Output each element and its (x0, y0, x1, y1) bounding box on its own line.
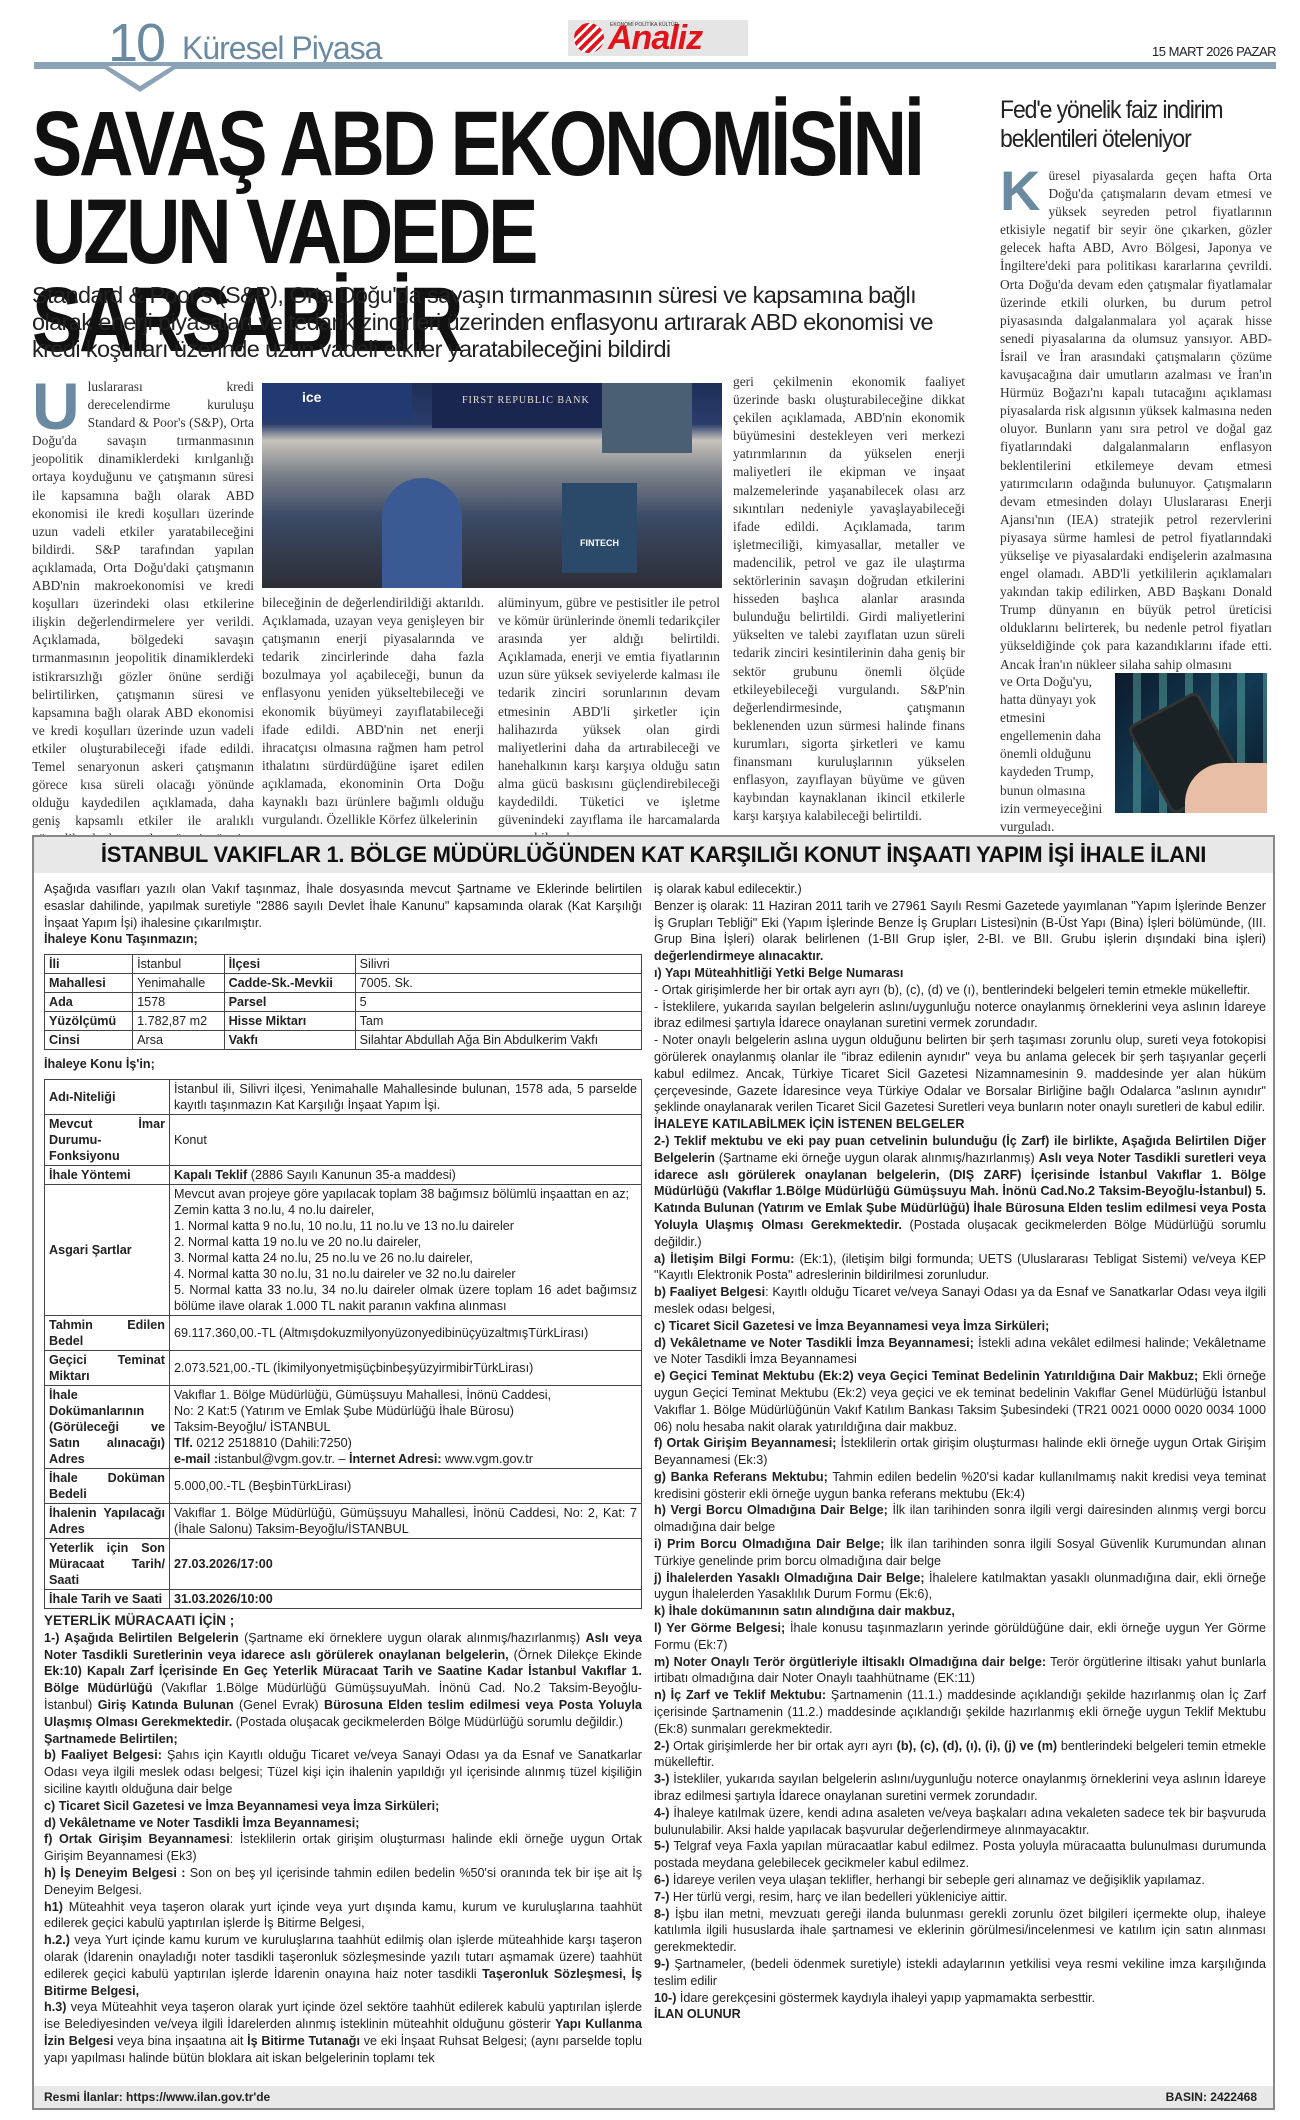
table-row: Geçici Teminat Miktarı2.073.521,00.-TL (… (45, 1350, 642, 1385)
table-row: İliİstanbulİlçesiSilivri (45, 955, 642, 974)
table-value: 7005. Sk. (355, 974, 641, 993)
dropcap: U (32, 380, 80, 432)
table-value: Vakıflar 1. Bölge Müdürlüğü, Gümüşsuyu M… (170, 1503, 642, 1538)
ad-paragraph: l) Yer Görme Belgesi; İhale konusu taşın… (654, 1620, 1266, 1654)
table-row: İhale YöntemiKapalı Teklif (2886 Sayılı … (45, 1165, 642, 1184)
article-column-2: bileceğinin de değerlendirildiği aktarıl… (262, 594, 484, 829)
ad-paragraph: 5-) Telgraf veya Faxla yapılan müracaatl… (654, 1838, 1266, 1872)
property-heading: İhaleye Konu Taşınmazın; (44, 931, 642, 948)
press-code: BASIN: 2422468 (642, 2086, 1273, 2108)
table-label: Hisse Miktarı (224, 1012, 355, 1031)
ad-paragraph: d) Vekâletname ve Noter Tasdikli İmza Be… (44, 1815, 642, 1832)
table-value: Tam (355, 1012, 641, 1031)
ad-paragraph: f) Ortak Girişim Beyannamesi; İstekliler… (654, 1435, 1266, 1469)
table-row: Adı-Niteliğiİstanbul ili, Silivri ilçesi… (45, 1079, 642, 1114)
table-value: 2.073.521,00.-TL (İkimilyonyetmişüçbinbe… (170, 1350, 642, 1385)
table-label: Yeterlik için Son Müracaat Tarih/ Saati (45, 1538, 170, 1589)
table-label: Adı-Niteliği (45, 1079, 170, 1114)
tender-announcement: İSTANBUL VAKIFLAR 1. BÖLGE MÜDÜRLÜĞÜNDEN… (32, 835, 1275, 2110)
property-table: İliİstanbulİlçesiSilivriMahallesiYenimah… (44, 954, 642, 1050)
table-label: Ada (45, 993, 133, 1012)
ad-paragraph: h) İş Deneyim Belgesi : Son on beş yıl i… (44, 1865, 642, 1899)
article-column-3: alüminyum, gübre ve pestisitler ile petr… (498, 594, 720, 847)
article-deck: Standard & Poor's (S&P), Orta Doğu'da sa… (32, 282, 972, 363)
table-label: İhale Tarih ve Saati (45, 1589, 170, 1608)
table-value: Vakıflar 1. Bölge Müdürlüğü, Gümüşsuyu M… (170, 1385, 642, 1468)
ad-right-paragraphs: iş olarak kabul edilecektir.)Benzer iş o… (654, 881, 1266, 2023)
ad-paragraph: 8-) İşbu ilan metni, mevzuatı gereği ila… (654, 1906, 1266, 1956)
side-article-tail: ve Orta Doğu'yu, hatta dünyayı yok etmes… (1000, 673, 1108, 836)
table-label: İhale Dokümanlarının (Görüleceği ve Satı… (45, 1385, 170, 1468)
logo-tagline: EKONOMİ POLİTİKA KÜLTÜR (610, 22, 678, 28)
ad-paragraph: b) Faaliyet Belgesi: Şahıs için Kayıtlı … (44, 1747, 642, 1797)
smartphone-chart-photo (1115, 673, 1267, 813)
ad-paragraph: 7-) Her türlü vergi, resim, harç ve ilan… (654, 1889, 1266, 1906)
article-column-1: Uluslararası kredi derecelendirme kurulu… (32, 378, 254, 867)
table-value: 69.117.360,00.-TL (Altmışdokuzmilyonyüzo… (170, 1315, 642, 1350)
ad-paragraph: - Ortak girişimlerde her bir ortak ayrı … (654, 982, 1266, 999)
official-ads-link[interactable]: Resmi İlanlar: https://www.ilan.gov.tr'd… (34, 2086, 644, 2108)
ad-right-column: iş olarak kabul edilecektir.)Benzer iş o… (654, 881, 1266, 2023)
table-value: Arsa (133, 1031, 224, 1050)
ad-paragraph: n) İç Zarf ve Teklif Mektubu: Şartnameni… (654, 1687, 1266, 1737)
table-value: 1578 (133, 993, 224, 1012)
ad-paragraph: 4-) İhaleye katılmak üzere, kendi adına … (654, 1805, 1266, 1839)
ad-paragraph: e) Geçici Teminat Mektubu (Ek:2) veya Ge… (654, 1368, 1266, 1435)
ad-paragraph: c) Ticaret Sicil Gazetesi ve İmza Beyann… (44, 1798, 642, 1815)
ad-paragraph: İLAN OLUNUR (654, 2006, 1266, 2023)
column-1-text: luslararası kredi derecelendirme kuruluş… (32, 379, 254, 864)
table-label: İlçesi (224, 955, 355, 974)
work-heading: İhaleye Konu İş'in; (44, 1056, 642, 1073)
ad-paragraph: h.3) veya Müteahhit veya taşeron olarak … (44, 1999, 642, 2066)
ad-paragraph: iş olarak kabul edilecektir.) (654, 881, 1266, 898)
side-article-text: üresel piyasalarda geçen hafta Orta Doğu… (1000, 168, 1272, 672)
ad-paragraph: h) Vergi Borcu Olmadığına Dair Belge; İl… (654, 1502, 1266, 1536)
side-article-title: Fed'e yönelik faiz indirim beklentileri … (1000, 96, 1281, 154)
ad-paragraph: 10-) İdare gerekçesini göstermek kaydıyl… (654, 1990, 1266, 2007)
table-label: İhalenin Yapılacağı Adres (45, 1503, 170, 1538)
ad-paragraph: Şartnamede Belirtilen; (44, 1731, 642, 1748)
photo-trader (382, 478, 462, 588)
table-label: Yüzölçümü (45, 1012, 133, 1031)
side-dropcap: K (1000, 169, 1040, 213)
logo-mark-icon (574, 23, 604, 53)
ad-paragraph: b) Faaliyet Belgesi: Kayıtlı olduğu Tica… (654, 1284, 1266, 1318)
table-row: Ada1578Parsel5 (45, 993, 642, 1012)
header-rule (34, 62, 1276, 69)
issue-date: 15 MART 2026 PAZAR (1152, 44, 1276, 59)
ad-paragraph: m) Noter Onaylı Terör örgütleriyle iltis… (654, 1654, 1266, 1688)
table-row: Mevcut İmar Durumu-FonksiyonuKonut (45, 1114, 642, 1165)
table-label: İli (45, 955, 133, 974)
ad-paragraph: c) Ticaret Sicil Gazetesi ve İmza Beyann… (654, 1318, 1266, 1335)
ad-paragraph: 9-) Şartnameler, (bedeli ödenmek suretiy… (654, 1956, 1266, 1990)
table-label: Cinsi (45, 1031, 133, 1050)
table-value: Kapalı Teklif (2886 Sayılı Kanunun 35-a … (170, 1165, 642, 1184)
ad-paragraph: j) İhalelerden Yasaklı Olmadığına Dair B… (654, 1570, 1266, 1604)
yeterlik-heading: YETERLİK MÜRACAATI İÇİN ; (44, 1613, 642, 1630)
ad-paragraph: k) İhale dokümanının satın alındığına da… (654, 1603, 1266, 1620)
table-row: Tahmin Edilen Bedel69.117.360,00.-TL (Al… (45, 1315, 642, 1350)
table-label: Geçici Teminat Miktarı (45, 1350, 170, 1385)
ad-paragraph: 3-) İstekliler, yukarıda sayılan belgele… (654, 1771, 1266, 1805)
ad-paragraph: h.2.) veya Yurt içinde kamu kurum ve kur… (44, 1932, 642, 1999)
ad-paragraph: - Noter onaylı belgelerin aslına uygun o… (654, 1032, 1266, 1116)
table-label: Vakfı (224, 1031, 355, 1050)
table-value: 27.03.2026/17:00 (170, 1538, 642, 1589)
page-header: 10 Küresel Piyasa EKONOMİ POLİTİKA KÜLTÜ… (0, 0, 1300, 90)
table-value: 1.782,87 m2 (133, 1012, 224, 1031)
ad-paragraph: 6-) İdareye verilen veya ulaşan teklifle… (654, 1872, 1266, 1889)
ad-left-paragraphs: 1-) Aşağıda Belirtilen Belgelerin (Şartn… (44, 1630, 642, 2067)
table-row: Asgari ŞartlarMevcut avan projeye göre y… (45, 1184, 642, 1315)
ad-paragraph: İHALEYE KATILABİLMEK İÇİN İSTENEN BELGEL… (654, 1116, 1266, 1133)
ad-left-column: Aşağıda vasıfları yazılı olan Vakıf taşı… (44, 881, 642, 2067)
ad-paragraph: g) Banka Referans Mektubu; Tahmin edilen… (654, 1469, 1266, 1503)
table-row: Yüzölçümü1.782,87 m2Hisse MiktarıTam (45, 1012, 642, 1031)
ad-title: İSTANBUL VAKIFLAR 1. BÖLGE MÜDÜRLÜĞÜNDEN… (34, 837, 1273, 873)
table-label: Asgari Şartlar (45, 1184, 170, 1315)
side-article-body: Küresel piyasalarda geçen hafta Orta Doğ… (1000, 167, 1272, 674)
table-value: İstanbul (133, 955, 224, 974)
table-value: 31.03.2026/10:00 (170, 1589, 642, 1608)
table-value: Yenimahalle (133, 974, 224, 993)
ad-paragraph: Benzer iş olarak: 11 Haziran 2011 tarih … (654, 898, 1266, 965)
article-column-4: geri çekilmenin ekonomik faaliyet üzerin… (733, 373, 965, 825)
photo-screen-1: ice (262, 383, 412, 419)
table-label: Mahallesi (45, 974, 133, 993)
chevron-inner (108, 66, 172, 86)
table-value: 5 (355, 993, 641, 1012)
work-table: Adı-Niteliğiİstanbul ili, Silivri ilçesi… (44, 1079, 642, 1609)
ad-paragraph: 2-) Ortak girişimlerde her bir ortak ayr… (654, 1738, 1266, 1772)
ad-intro: Aşağıda vasıfları yazılı olan Vakıf taşı… (44, 881, 642, 931)
ad-paragraph: - İsteklilere, yukarıda sayılan belgeler… (654, 999, 1266, 1033)
table-row: İhalenin Yapılacağı AdresVakıflar 1. Böl… (45, 1503, 642, 1538)
table-label: Mevcut İmar Durumu-Fonksiyonu (45, 1114, 170, 1165)
ad-paragraph: 2-) Teklif mektubu ve eki pay puan cetve… (654, 1133, 1266, 1251)
table-value: Silivri (355, 955, 641, 974)
photo-sign-bank: FIRST REPUBLIC BANK (432, 383, 602, 428)
table-label: Tahmin Edilen Bedel (45, 1315, 170, 1350)
photo-sign-ice: ice (302, 389, 321, 405)
table-row: CinsiArsaVakfıSilahtar Abdullah Ağa Bin … (45, 1031, 642, 1050)
photo-sign-fintech: FINTECH (562, 483, 637, 573)
table-row: MahallesiYenimahalleCadde-Sk.-Mevkii7005… (45, 974, 642, 993)
table-label: İhale Yöntemi (45, 1165, 170, 1184)
table-row: İhale Tarih ve Saati31.03.2026/10:00 (45, 1589, 642, 1608)
ad-paragraph: i) Prim Borcu Olmadığına Dair Belge; İlk… (654, 1536, 1266, 1570)
headline-line-1: SAVAŞ ABD EKONOMİSİNİ (32, 100, 975, 188)
table-value: 5.000,00.-TL (BeşbinTürkLirası) (170, 1468, 642, 1503)
ad-paragraph: a) İletişim Bilgi Formu: (Ek:1), (iletiş… (654, 1251, 1266, 1285)
ad-paragraph: f) Ortak Girişim Beyannamesi: İstekliler… (44, 1831, 642, 1865)
table-value: Mevcut avan projeye göre yapılacak topla… (170, 1184, 642, 1315)
photo-screen-3 (602, 383, 692, 453)
ad-paragraph: 1-) Aşağıda Belirtilen Belgelerin (Şartn… (44, 1630, 642, 1731)
newspaper-logo: EKONOMİ POLİTİKA KÜLTÜR Analiz (568, 20, 748, 56)
ad-paragraph: d) Vekâletname ve Noter Tasdikli İmza Be… (654, 1335, 1266, 1369)
table-value: Silahtar Abdullah Ağa Bin Abdulkerim Vak… (355, 1031, 641, 1050)
table-row: İhale Dokümanlarının (Görüleceği ve Satı… (45, 1385, 642, 1468)
table-label: Parsel (224, 993, 355, 1012)
ad-paragraph: h1) Müteahhit veya taşeron olarak yurt i… (44, 1899, 642, 1933)
ad-paragraph: ı) Yapı Müteahhitliği Yetki Belge Numara… (654, 965, 1266, 982)
table-row: İhale Doküman Bedeli5.000,00.-TL (Beşbin… (45, 1468, 642, 1503)
table-row: Yeterlik için Son Müracaat Tarih/ Saati2… (45, 1538, 642, 1589)
table-value: İstanbul ili, Silivri ilçesi, Yenimahall… (170, 1079, 642, 1114)
stock-exchange-photo: ice FIRST REPUBLIC BANK FINTECH (262, 383, 722, 588)
table-value: Konut (170, 1114, 642, 1165)
table-label: İhale Doküman Bedeli (45, 1468, 170, 1503)
table-label: Cadde-Sk.-Mevkii (224, 974, 355, 993)
